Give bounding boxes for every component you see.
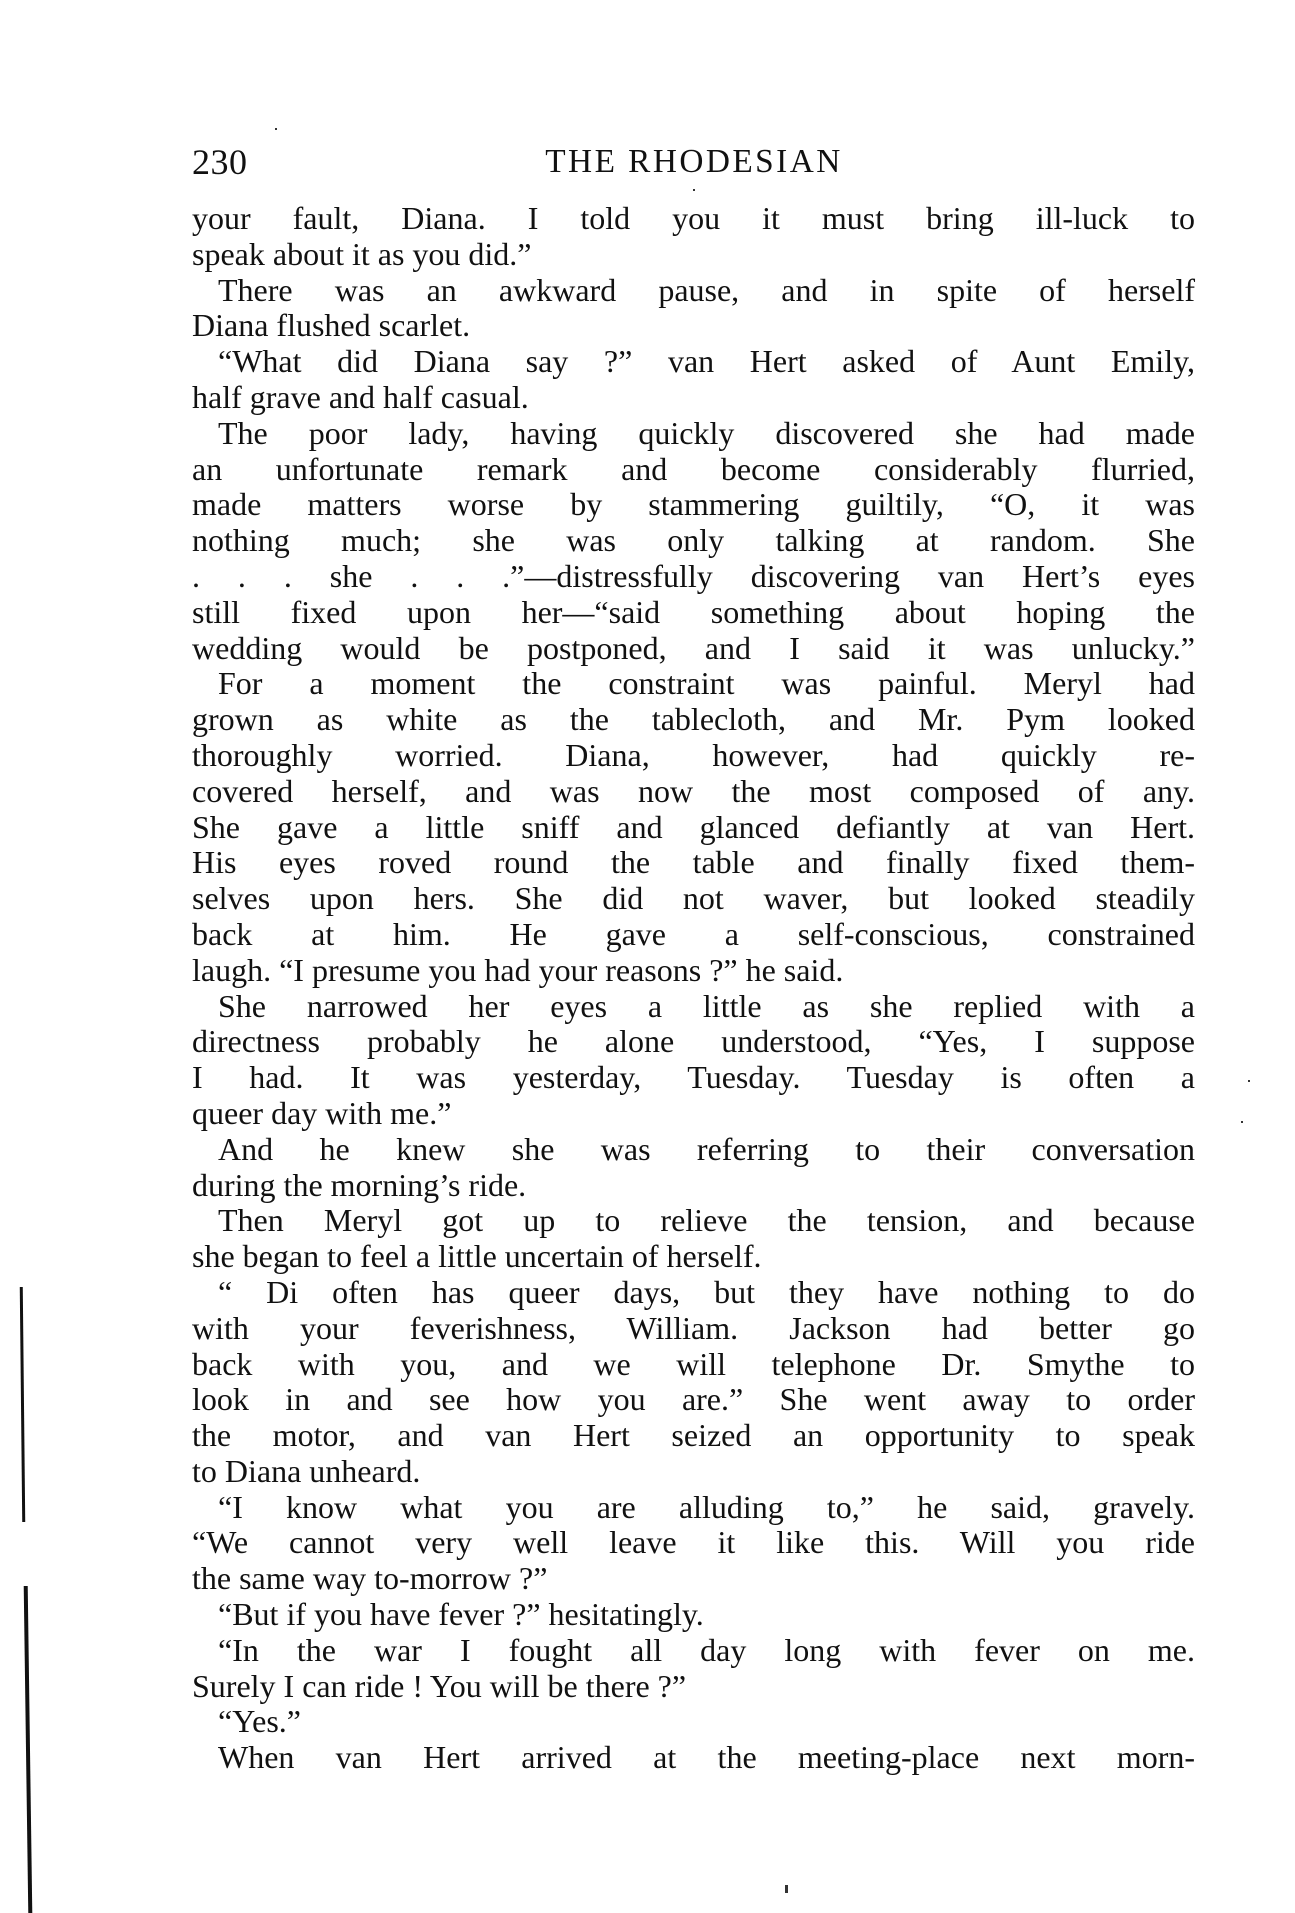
text-line: “Yes.” [192, 1704, 1195, 1740]
text-line: She gave a little sniff and glanced defi… [192, 810, 1195, 846]
text-line: “But if you have fever ?” hesitatingly. [192, 1597, 1195, 1633]
scan-speck [1241, 1121, 1243, 1123]
text-line: half grave and half casual. [192, 380, 1195, 416]
text-line: to Diana unheard. [192, 1454, 1195, 1490]
text-line: His eyes roved round the table and final… [192, 845, 1195, 881]
running-title: THE RHODESIAN [504, 140, 884, 184]
text-line: “In the war I fought all day long with f… [192, 1633, 1195, 1669]
text-line: . . . she . . .”—distressfully discoveri… [192, 559, 1195, 595]
text-line: queer day with me.” [192, 1096, 1195, 1132]
text-line: the same way to-morrow ?” [192, 1561, 1195, 1597]
text-line: back with you, and we will telephone Dr.… [192, 1347, 1195, 1383]
text-line: wedding would be postponed, and I said i… [192, 631, 1195, 667]
text-line: nothing much; she was only talking at ra… [192, 523, 1195, 559]
text-line: Diana flushed scarlet. [192, 308, 1195, 344]
page-number: 230 [192, 140, 248, 184]
page-header: 230 THE RHODESIAN [192, 140, 1195, 184]
text-line: I had. It was yesterday, Tuesday. Tuesda… [192, 1060, 1195, 1096]
text-line: look in and see how you are.” She went a… [192, 1382, 1195, 1418]
text-line: “What did Diana say ?” van Hert asked of… [192, 344, 1195, 380]
text-line: speak about it as you did.” [192, 237, 1195, 273]
scan-speck [693, 189, 695, 191]
text-line: she began to feel a little uncertain of … [192, 1239, 1195, 1275]
scan-speck [1248, 1080, 1250, 1082]
scan-speck [785, 1885, 788, 1893]
text-line: For a moment the constraint was painful.… [192, 666, 1195, 702]
scan-artifact-line [24, 1586, 33, 1913]
text-line: “ Di often has queer days, but they have… [192, 1275, 1195, 1311]
text-line: The poor lady, having quickly discovered… [192, 416, 1195, 452]
text-line: with your feverishness, William. Jackson… [192, 1311, 1195, 1347]
text-line: still fixed upon her—“said something abo… [192, 595, 1195, 631]
text-line: When van Hert arrived at the meeting-pla… [192, 1740, 1195, 1776]
text-line: directness probably he alone understood,… [192, 1024, 1195, 1060]
scan-artifact-line [20, 1287, 25, 1522]
text-line: grown as white as the tablecloth, and Mr… [192, 702, 1195, 738]
text-line: the motor, and van Hert seized an opport… [192, 1418, 1195, 1454]
text-line: back at him. He gave a self-conscious, c… [192, 917, 1195, 953]
text-line: laugh. “I presume you had your reasons ?… [192, 953, 1195, 989]
text-line: “We cannot very well leave it like this.… [192, 1525, 1195, 1561]
text-line: There was an awkward pause, and in spite… [192, 273, 1195, 309]
text-line: an unfortunate remark and become conside… [192, 452, 1195, 488]
text-line: Surely I can ride ! You will be there ?” [192, 1669, 1195, 1705]
scan-speck [275, 128, 277, 130]
text-line: “I know what you are alluding to,” he sa… [192, 1490, 1195, 1526]
body-text: your fault, Diana. I told you it must br… [192, 201, 1195, 1776]
text-line: thoroughly worried. Diana, however, had … [192, 738, 1195, 774]
text-line: And he knew she was referring to their c… [192, 1132, 1195, 1168]
text-line: Then Meryl got up to relieve the tension… [192, 1203, 1195, 1239]
text-line: She narrowed her eyes a little as she re… [192, 989, 1195, 1025]
text-line: made matters worse by stammering guiltil… [192, 487, 1195, 523]
text-line: during the morning’s ride. [192, 1168, 1195, 1204]
text-line: your fault, Diana. I told you it must br… [192, 201, 1195, 237]
text-line: selves upon hers. She did not waver, but… [192, 881, 1195, 917]
text-line: covered herself, and was now the most co… [192, 774, 1195, 810]
